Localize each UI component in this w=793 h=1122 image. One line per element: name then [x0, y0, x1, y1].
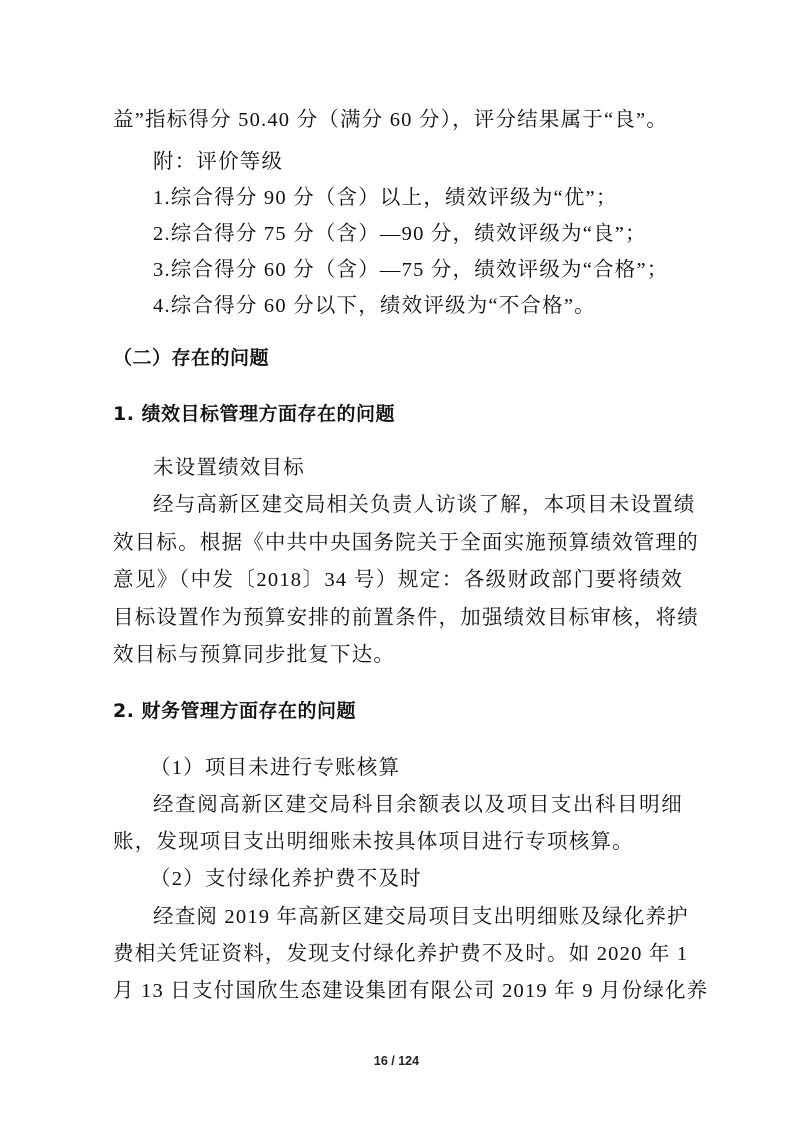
- grade-item-3: 3.综合得分 60 分（含）—75 分，绩效评级为“合格”；: [153, 256, 668, 284]
- paragraph-line: 账，发现项目支出明细账未按具体项目进行专项核算。: [113, 828, 634, 856]
- page-number: 16 / 124: [0, 1054, 793, 1068]
- paragraph-line: 费相关凭证资料，发现支付绿化养护费不及时。如 2020 年 1: [113, 940, 683, 968]
- section-heading: （二）存在的问题: [113, 344, 269, 372]
- grade-item-1: 1.综合得分 90 分（含）以上，绩效评级为“优”；: [153, 184, 618, 212]
- paragraph-line: 经查阅 2019 年高新区建交局项目支出明细账及绿化养护: [153, 903, 683, 931]
- paragraph-line: 目标设置作为预算安排的前置条件，加强绩效目标审核，将绩: [113, 604, 683, 632]
- paragraph-line: 效目标。根据《中共中央国务院关于全面实施预算绩效管理的: [113, 529, 683, 557]
- appendix-label: 附：评价等级: [153, 148, 283, 176]
- subsection-1-heading: 1. 绩效目标管理方面存在的问题: [113, 400, 395, 428]
- paragraph-line: 效目标与预算同步批复下达。: [113, 641, 395, 669]
- grade-item-4: 4.综合得分 60 分以下，绩效评级为“不合格”。: [153, 292, 596, 320]
- paragraph-line: 经与高新区建交局相关负责人访谈了解，本项目未设置绩: [153, 491, 683, 519]
- subsection-1-item-title: 未设置绩效目标: [153, 454, 305, 482]
- grade-item-2: 2.综合得分 75 分（含）—90 分，绩效评级为“良”；: [153, 220, 647, 248]
- paragraph-line: 意见》（中发〔2018〕34 号）规定：各级财政部门要将绩效: [113, 566, 683, 594]
- subsection-2-heading: 2. 财务管理方面存在的问题: [113, 697, 356, 725]
- paragraph-line: 益”指标得分 50.40 分（满分 60 分），评分结果属于“良”。: [113, 106, 668, 134]
- subsection-2-item-2-title: （2）支付绿化养护费不及时: [150, 865, 422, 893]
- paragraph-line: 月 13 日支付国欣生态建设集团有限公司 2019 年 9 月份绿化养: [113, 977, 683, 1005]
- subsection-2-item-1-title: （1）项目未进行专账核算: [150, 754, 400, 782]
- paragraph-line: 经查阅高新区建交局科目余额表以及项目支出科目明细: [153, 791, 683, 819]
